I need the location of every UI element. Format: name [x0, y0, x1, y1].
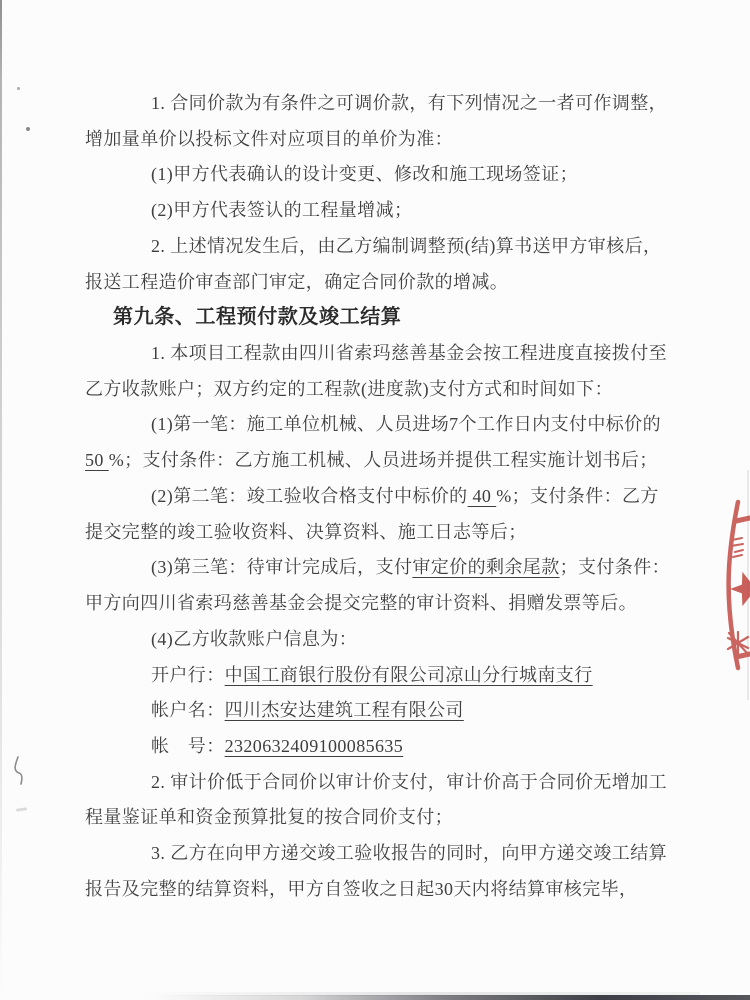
text-line: (1)第一笔：施工单位机械、人员进场7个工作日内支付中标价的	[85, 407, 705, 443]
underlined-text: 四川杰安达建筑工程有限公司	[225, 700, 464, 720]
text-segment: 1. 本项目工程款由四川省索玛慈善基金会按工程进度直接拨付至	[151, 343, 667, 363]
text-line: 2. 上述情况发生后，由乙方编制调整预(结)算书送甲方审核后，	[85, 229, 705, 265]
text-line: 3. 乙方在向甲方递交竣工验收报告的同时，向甲方递交竣工结算	[85, 836, 705, 872]
text-line: 程量鉴证单和资金预算批复的按合同价支付；	[85, 800, 705, 836]
text-segment: 第九条、工程预付款及竣工结算	[113, 306, 401, 328]
text-line: (1)甲方代表确认的设计变更、修改和施工现场签证；	[85, 157, 705, 193]
text-line: 帐 号：2320632409100085635	[85, 729, 705, 765]
seal-text-fragment-bottom	[728, 632, 748, 654]
text-segment: 提交完整的竣工验收资料、决算资料、施工日志等后；	[85, 522, 527, 542]
text-line: 报告及完整的结算资料，甲方自签收之日起30天内将结算审核完毕，	[85, 872, 705, 908]
text-segment: 开户行：	[151, 665, 225, 685]
underlined-text: 40	[468, 486, 497, 506]
text-line: (2)第二笔：竣工验收合格支付中标价的 40 %；支付条件：乙方	[85, 479, 705, 515]
text-line: 1. 本项目工程款由四川省索玛慈善基金会按工程进度直接拨付至	[85, 336, 705, 372]
text-segment: (2)第二笔：竣工验收合格支付中标价的	[151, 486, 468, 506]
pen-mark-graphic	[6, 750, 32, 792]
text-segment: 报送工程造价审查部门审定，确定合同价款的增减。	[85, 272, 508, 292]
text-segment: 帐户名：	[151, 700, 225, 720]
text-segment: 1. 合同价款为有条件之可调价款，有下列情况之一者可作调整，	[151, 93, 667, 113]
text-segment: 增加量单价以投标文件对应项目的单价为准：	[85, 129, 453, 149]
text-segment: (3)第三笔：待审计完成后，支付	[151, 557, 412, 577]
text-segment: (2)甲方代表签认的工程量增减；	[151, 200, 412, 220]
scan-left-edge	[0, 0, 2, 1000]
seal-star-icon	[730, 572, 750, 606]
seal-graphic	[698, 486, 750, 686]
text-segment: ；支付条件：	[560, 557, 670, 577]
pen-mark	[6, 750, 32, 792]
section-heading: 第九条、工程预付款及竣工结算	[85, 300, 705, 336]
scan-bottom-shadow	[0, 995, 750, 1000]
text-segment: %；支付条件：乙方	[496, 486, 659, 506]
underlined-text: 50	[85, 450, 109, 470]
text-segment: 3. 乙方在向甲方递交竣工验收报告的同时，向甲方递交竣工结算	[151, 843, 667, 863]
underlined-text: 中国工商银行股份有限公司凉山分行城南支行	[225, 665, 593, 685]
seal-dash-bottom	[736, 654, 750, 657]
text-segment: (1)第一笔：施工单位机械、人员进场7个工作日内支付中标价的	[151, 414, 661, 434]
text-line: (4)乙方收款账户信息为：	[85, 622, 705, 658]
text-line: 开户行：中国工商银行股份有限公司凉山分行城南支行	[85, 658, 705, 694]
text-line: 1. 合同价款为有条件之可调价款，有下列情况之一者可作调整，	[85, 86, 705, 122]
text-line: 50 %；支付条件：乙方施工机械、人员进场并提供工程实施计划书后；	[85, 443, 705, 479]
text-line: 报送工程造价审查部门审定，确定合同价款的增减。	[85, 265, 705, 301]
text-line: 甲方向四川省索玛慈善基金会提交完整的审计资料、捐赠发票等后。	[85, 586, 705, 622]
text-line: 2. 审计价低于合同价以审计价支付，审计价高于合同价无增加工	[85, 765, 705, 801]
underlined-text: 审定价的剩余尾款	[412, 557, 559, 577]
document-body: 1. 合同价款为有条件之可调价款，有下列情况之一者可作调整，增加量单价以投标文件…	[85, 86, 705, 908]
speck-mark	[17, 87, 20, 90]
speck-mark	[26, 127, 30, 131]
official-seal-fragment	[698, 486, 750, 686]
text-segment: 2. 上述情况发生后，由乙方编制调整预(结)算书送甲方审核后，	[151, 236, 661, 256]
text-segment: 甲方向四川省索玛慈善基金会提交完整的审计资料、捐赠发票等后。	[85, 593, 637, 613]
text-segment: 帐 号：	[151, 736, 225, 756]
text-line: (3)第三笔：待审计完成后，支付审定价的剩余尾款；支付条件：	[85, 550, 705, 586]
text-line: 增加量单价以投标文件对应项目的单价为准：	[85, 122, 705, 158]
text-line: 乙方收款账户；双方约定的工程款(进度款)支付方式和时间如下：	[85, 372, 705, 408]
text-line: (2)甲方代表签认的工程量增减；	[85, 193, 705, 229]
text-line: 提交完整的竣工验收资料、决算资料、施工日志等后；	[85, 515, 705, 551]
text-segment: 乙方收款账户；双方约定的工程款(进度款)支付方式和时间如下：	[85, 379, 613, 399]
text-segment: 报告及完整的结算资料，甲方自签收之日起30天内将结算审核完毕，	[85, 879, 637, 899]
smudge-mark	[16, 807, 27, 812]
text-segment: (1)甲方代表确认的设计变更、修改和施工现场签证；	[151, 164, 578, 184]
text-segment: 2. 审计价低于合同价以审计价支付，审计价高于合同价无增加工	[151, 772, 667, 792]
seal-dash-top	[736, 518, 750, 521]
text-segment: %；支付条件：乙方施工机械、人员进场并提供工程实施计划书后；	[109, 450, 658, 470]
text-segment: 程量鉴证单和资金预算批复的按合同价支付；	[85, 807, 453, 827]
text-segment: (4)乙方收款账户信息为：	[151, 629, 357, 649]
underlined-text: 2320632409100085635	[225, 736, 404, 756]
text-line: 帐户名：四川杰安达建筑工程有限公司	[85, 693, 705, 729]
